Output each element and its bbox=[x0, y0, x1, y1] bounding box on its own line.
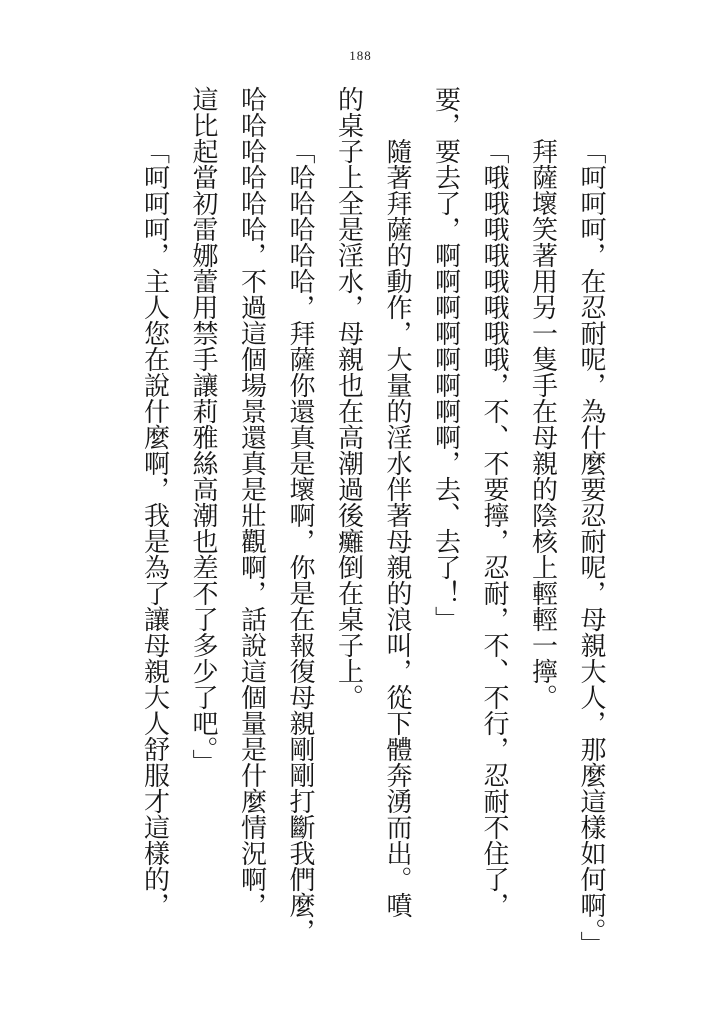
text-column: 「哈哈哈哈哈，拜薩你還真是壞啊，你是在報復母親剛剛打斷我們麼， bbox=[276, 86, 325, 952]
page-number: 188 bbox=[0, 48, 721, 64]
text-column: 哈哈哈哈哈哈，不過這個場景還真是壯觀啊，話說這個量是什麼情況啊， bbox=[227, 86, 276, 952]
text-column: 這比起當初雷娜蕾用禁手讓莉雅絲高潮也差不了多少了吧。」 bbox=[179, 86, 228, 952]
text-column: 隨著拜薩的動作，大量的淫水伴著母親的浪叫，從下體奔湧而出。噴 bbox=[373, 86, 422, 952]
text-column: 「呵呵呵，在忍耐呢，為什麼要忍耐呢，母親大人，那麼這樣如何啊。」 bbox=[567, 86, 616, 952]
book-page: 188 「呵呵呵，在忍耐呢，為什麼要忍耐呢，母親大人，那麼這樣如何啊。」拜薩壞笑… bbox=[0, 0, 721, 1020]
text-column: 「呵呵呵，主人您在說什麼啊，我是為了讓母親大人舒服才這樣的， bbox=[130, 86, 179, 952]
text-column: 拜薩壞笑著用另一隻手在母親的陰核上輕輕一擰。 bbox=[518, 86, 567, 952]
text-column: 要，要去了，啊啊啊啊啊啊啊啊，去、去了！」 bbox=[421, 86, 470, 952]
text-column: 「哦哦哦哦哦哦哦哦，不、不要擰，忍耐，不、不行，忍耐不住了， bbox=[470, 86, 519, 952]
vertical-text-block: 「呵呵呵，在忍耐呢，為什麼要忍耐呢，母親大人，那麼這樣如何啊。」拜薩壞笑著用另一… bbox=[130, 86, 615, 952]
text-column: 的桌子上全是淫水，母親也在高潮過後癱倒在桌子上。 bbox=[324, 86, 373, 952]
